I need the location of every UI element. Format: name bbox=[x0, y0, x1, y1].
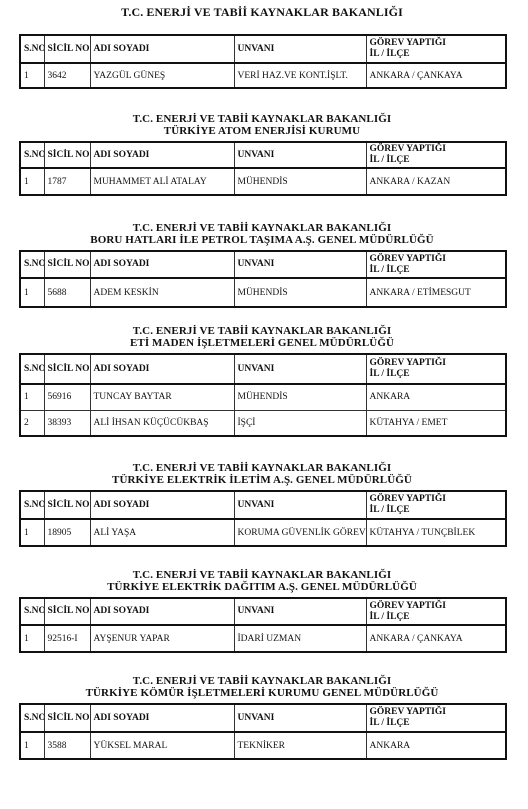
cell-sicil: 38393 bbox=[44, 410, 90, 436]
staff-table: S.NO SİCİL NO ADI SOYADI UNVANI GÖREV YA… bbox=[19, 703, 507, 760]
col-header-sicil: SİCİL NO bbox=[44, 35, 90, 63]
cell-title: İDARİ UZMAN bbox=[234, 625, 366, 652]
staff-table: S.NO SİCİL NO ADI SOYADI UNVANI GÖREV YA… bbox=[19, 490, 507, 547]
institution-subtitle: TÜRKİYE ELEKTRİK İLETİM A.Ş. GENEL MÜDÜR… bbox=[19, 474, 505, 486]
cell-name: YÜKSEL MARAL bbox=[90, 732, 234, 759]
cell-sicil: 56916 bbox=[44, 384, 90, 410]
col-header-location: GÖREV YAPTIĞIİL / İLÇE bbox=[366, 704, 506, 732]
col-header-sicil: SİCİL NO bbox=[44, 491, 90, 519]
cell-name: ALİ YAŞA bbox=[90, 519, 234, 546]
col-header-title: UNVANI bbox=[234, 142, 366, 168]
cell-location: ANKARA / KAZAN bbox=[366, 168, 506, 195]
col-header-title: UNVANI bbox=[234, 491, 366, 519]
cell-location: ANKARA / ÇANKAYA bbox=[366, 625, 506, 652]
cell-title: MÜHENDİS bbox=[234, 384, 366, 410]
col-header-name: ADI SOYADI bbox=[90, 142, 234, 168]
col-header-name: ADI SOYADI bbox=[90, 251, 234, 278]
table-row: 13642YAZGÜL GÜNEŞVERİ HAZ.VE KONT.İŞLT.A… bbox=[20, 63, 506, 88]
cell-name: TUNCAY BAYTAR bbox=[90, 384, 234, 410]
ministry-title: T.C. ENERJİ VE TABİİ KAYNAKLAR BAKANLIĞI bbox=[19, 6, 505, 18]
col-header-title: UNVANI bbox=[234, 251, 366, 278]
table-row: 11787MUHAMMET ALİ ATALAYMÜHENDİSANKARA /… bbox=[20, 168, 506, 195]
cell-location: ANKARA / ETİMESGUT bbox=[366, 278, 506, 307]
cell-sno: 1 bbox=[20, 278, 44, 307]
col-header-sno: S.NO bbox=[20, 491, 44, 519]
table-header-row: S.NO SİCİL NO ADI SOYADI UNVANI GÖREV YA… bbox=[20, 142, 506, 168]
cell-title: MÜHENDİS bbox=[234, 278, 366, 307]
col-header-location: GÖREV YAPTIĞIİL / İLÇE bbox=[366, 251, 506, 278]
institution-subtitle: TÜRKİYE ELEKTRİK DAĞITIM A.Ş. GENEL MÜDÜ… bbox=[19, 581, 505, 593]
cell-name: AYŞENUR YAPAR bbox=[90, 625, 234, 652]
col-header-sno: S.NO bbox=[20, 598, 44, 625]
ministry-title: T.C. ENERJİ VE TABİİ KAYNAKLAR BAKANLIĞI bbox=[19, 222, 505, 234]
col-header-sno: S.NO bbox=[20, 704, 44, 732]
cell-location: KÜTAHYA / TUNÇBİLEK bbox=[366, 519, 506, 546]
cell-sno: 1 bbox=[20, 168, 44, 195]
col-header-name: ADI SOYADI bbox=[90, 704, 234, 732]
cell-name: ADEM KESKİN bbox=[90, 278, 234, 307]
col-header-name: ADI SOYADI bbox=[90, 354, 234, 384]
institution-subtitle: TÜRKİYE KÖMÜR İŞLETMELERİ KURUMU GENEL M… bbox=[19, 687, 505, 699]
staff-table: S.NO SİCİL NO ADI SOYADI UNVANI GÖREV YA… bbox=[19, 141, 507, 196]
ministry-title: T.C. ENERJİ VE TABİİ KAYNAKLAR BAKANLIĞI bbox=[19, 462, 505, 474]
cell-title: İŞÇİ bbox=[234, 410, 366, 436]
col-header-location: GÖREV YAPTIĞIİL / İLÇE bbox=[366, 491, 506, 519]
table-header-row: S.NO SİCİL NO ADI SOYADI UNVANI GÖREV YA… bbox=[20, 35, 506, 63]
cell-title: MÜHENDİS bbox=[234, 168, 366, 195]
cell-location: ANKARA bbox=[366, 384, 506, 410]
ministry-title: T.C. ENERJİ VE TABİİ KAYNAKLAR BAKANLIĞI bbox=[19, 569, 505, 581]
ministry-title: T.C. ENERJİ VE TABİİ KAYNAKLAR BAKANLIĞI bbox=[19, 675, 505, 687]
col-header-sicil: SİCİL NO bbox=[44, 251, 90, 278]
cell-sno: 1 bbox=[20, 384, 44, 410]
cell-title: VERİ HAZ.VE KONT.İŞLT. bbox=[234, 63, 366, 88]
col-header-location: GÖREV YAPTIĞIİL / İLÇE bbox=[366, 35, 506, 63]
cell-sicil: 1787 bbox=[44, 168, 90, 195]
cell-sicil: 18905 bbox=[44, 519, 90, 546]
cell-sno: 1 bbox=[20, 732, 44, 759]
ministry-title: T.C. ENERJİ VE TABİİ KAYNAKLAR BAKANLIĞI bbox=[19, 113, 505, 125]
institution-subtitle: ETİ MADEN İŞLETMELERİ GENEL MÜDÜRLÜĞÜ bbox=[19, 337, 505, 349]
cell-sno: 2 bbox=[20, 410, 44, 436]
table-row: 156916TUNCAY BAYTARMÜHENDİSANKARA bbox=[20, 384, 506, 410]
col-header-sicil: SİCİL NO bbox=[44, 142, 90, 168]
table-header-row: S.NO SİCİL NO ADI SOYADI UNVANI GÖREV YA… bbox=[20, 491, 506, 519]
cell-sno: 1 bbox=[20, 625, 44, 652]
staff-table: S.NO SİCİL NO ADI SOYADI UNVANI GÖREV YA… bbox=[19, 353, 507, 437]
cell-title: TEKNİKER bbox=[234, 732, 366, 759]
col-header-sno: S.NO bbox=[20, 251, 44, 278]
ministry-title: T.C. ENERJİ VE TABİİ KAYNAKLAR BAKANLIĞI bbox=[19, 325, 505, 337]
table-row: 118905ALİ YAŞAKORUMA GÜVENLİK GÖREVLİSİK… bbox=[20, 519, 506, 546]
cell-sicil: 3642 bbox=[44, 63, 90, 88]
col-header-name: ADI SOYADI bbox=[90, 598, 234, 625]
cell-location: KÜTAHYA / EMET bbox=[366, 410, 506, 436]
col-header-sno: S.NO bbox=[20, 142, 44, 168]
col-header-sicil: SİCİL NO bbox=[44, 354, 90, 384]
table-row: 15688ADEM KESKİNMÜHENDİSANKARA / ETİMESG… bbox=[20, 278, 506, 307]
cell-name: MUHAMMET ALİ ATALAY bbox=[90, 168, 234, 195]
cell-sicil: 3588 bbox=[44, 732, 90, 759]
col-header-location: GÖREV YAPTIĞIİL / İLÇE bbox=[366, 142, 506, 168]
cell-sicil: 5688 bbox=[44, 278, 90, 307]
col-header-location: GÖREV YAPTIĞIİL / İLÇE bbox=[366, 354, 506, 384]
table-row: 13588YÜKSEL MARALTEKNİKERANKARA bbox=[20, 732, 506, 759]
col-header-sno: S.NO bbox=[20, 354, 44, 384]
col-header-name: ADI SOYADI bbox=[90, 35, 234, 63]
staff-table: S.NO SİCİL NO ADI SOYADI UNVANI GÖREV YA… bbox=[19, 250, 507, 308]
col-header-title: UNVANI bbox=[234, 35, 366, 63]
table-row: 192516-IAYŞENUR YAPARİDARİ UZMANANKARA /… bbox=[20, 625, 506, 652]
col-header-location: GÖREV YAPTIĞIİL / İLÇE bbox=[366, 598, 506, 625]
col-header-title: UNVANI bbox=[234, 598, 366, 625]
cell-sno: 1 bbox=[20, 519, 44, 546]
col-header-title: UNVANI bbox=[234, 704, 366, 732]
table-header-row: S.NO SİCİL NO ADI SOYADI UNVANI GÖREV YA… bbox=[20, 354, 506, 384]
table-row: 238393ALİ İHSAN KÜÇÜCÜKBAŞİŞÇİKÜTAHYA / … bbox=[20, 410, 506, 436]
table-header-row: S.NO SİCİL NO ADI SOYADI UNVANI GÖREV YA… bbox=[20, 598, 506, 625]
cell-location: ANKARA / ÇANKAYA bbox=[366, 63, 506, 88]
cell-sicil: 92516-I bbox=[44, 625, 90, 652]
col-header-title: UNVANI bbox=[234, 354, 366, 384]
cell-name: ALİ İHSAN KÜÇÜCÜKBAŞ bbox=[90, 410, 234, 436]
table-header-row: S.NO SİCİL NO ADI SOYADI UNVANI GÖREV YA… bbox=[20, 251, 506, 278]
table-header-row: S.NO SİCİL NO ADI SOYADI UNVANI GÖREV YA… bbox=[20, 704, 506, 732]
cell-title: KORUMA GÜVENLİK GÖREVLİSİ bbox=[234, 519, 366, 546]
col-header-sno: S.NO bbox=[20, 35, 44, 63]
col-header-name: ADI SOYADI bbox=[90, 491, 234, 519]
cell-location: ANKARA bbox=[366, 732, 506, 759]
staff-table: S.NO SİCİL NO ADI SOYADI UNVANI GÖREV YA… bbox=[19, 34, 507, 89]
staff-table: S.NO SİCİL NO ADI SOYADI UNVANI GÖREV YA… bbox=[19, 597, 507, 653]
institution-subtitle: TÜRKİYE ATOM ENERJİSİ KURUMU bbox=[19, 125, 505, 137]
cell-sno: 1 bbox=[20, 63, 44, 88]
col-header-sicil: SİCİL NO bbox=[44, 598, 90, 625]
col-header-sicil: SİCİL NO bbox=[44, 704, 90, 732]
cell-name: YAZGÜL GÜNEŞ bbox=[90, 63, 234, 88]
institution-subtitle: BORU HATLARI İLE PETROL TAŞIMA A.Ş. GENE… bbox=[19, 234, 505, 246]
